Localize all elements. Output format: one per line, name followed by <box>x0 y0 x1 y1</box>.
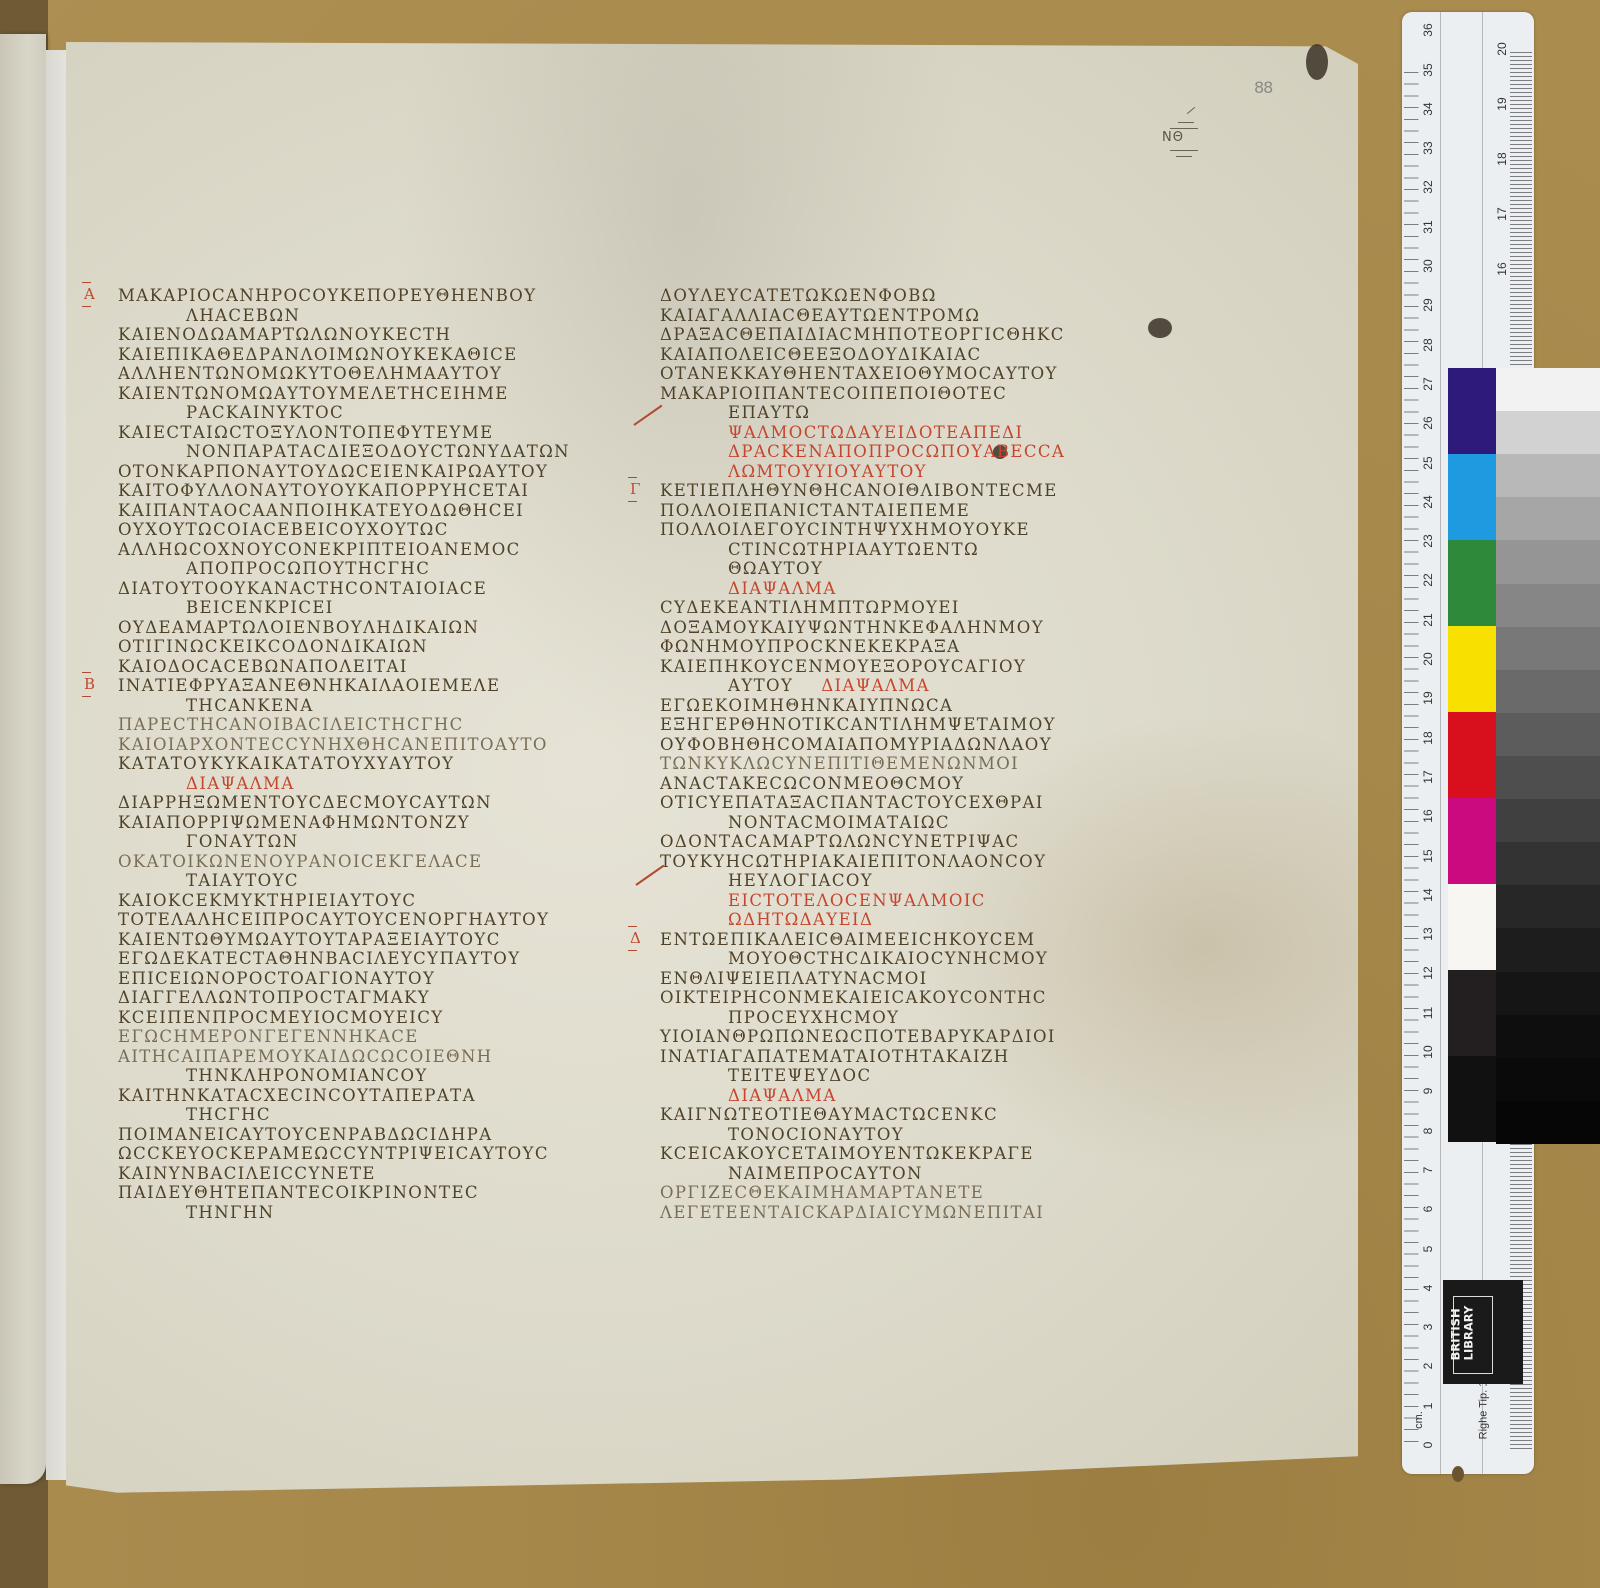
line-text: ΜΟΥΟΘϹΤΗϹΔΙΚΑΙΟϹΥΝΗϹΜΟΥ <box>728 949 1048 968</box>
ruler-cm-number: 27 <box>1421 374 1435 394</box>
line-text: ΔΙΑΡΡΗΞΩΜΕΝΤΟΥϹΔΕϹΜΟΥϹΑΥΤΩΝ <box>118 793 492 812</box>
line-text: ΔΡΑϹΚΕΝΑΠΟΠΡΟϹΩΠΟΥΑΒΕϹϹΑ <box>728 442 1065 461</box>
text-line: ΔΟΞΑΜΟΥΚΑΙΥΨΩΝΤΗΝΚΕΦΑΛΗΝΜΟΥ <box>660 618 1130 638</box>
grayscale-calibration-target <box>1496 368 1600 1144</box>
marginal-dash <box>82 672 91 673</box>
ruler-cm-number: 23 <box>1421 531 1435 551</box>
rubric-line: ΨΑΛΜΟϹΤΩΔΑΥΕΙΔΟΤΕΑΠΕΔΙ <box>660 423 1130 443</box>
text-line: ΡΑϹΚΑΙΝΥΚΤΟϹ <box>118 403 588 423</box>
text-line: ΕΠΑΥΤΩ <box>660 403 1130 423</box>
text-line: ΑΛΛΗΕΝΤΩΝΟΜΩΚΥΤΟΘΕΛΗΜΑΑΥΤΟΥ <box>118 364 588 384</box>
line-text: ΚΑΙΟΙΑΡΧΟΝΤΕϹϹΥΝΗΧΘΗϹΑΝΕΠΙΤΟΑΥΤΟ <box>118 735 548 754</box>
line-text: ΩΔΗΤΩΔΑΥΕΙΔ <box>728 910 873 929</box>
text-line: ΤΟΤΕΛΑΛΗϹΕΙΠΡΟϹΑΥΤΟΥϹΕΝΟΡΓΗΑΥΤΟΥ <box>118 910 588 930</box>
text-line: ΩϹϹΚΕΥΟϹΚΕΡΑΜΕΩϹϹΥΝΤΡΙΨΕΙϹΑΥΤΟΥϹ <box>118 1144 588 1164</box>
line-text: ΤΑΙΑΥΤΟΥϹ <box>186 871 299 890</box>
line-text: ΑΛΛΗΩϹΟΧΝΟΥϹΟΝΕΚΡΙΠΤΕΙΟΑΝΕΜΟϹ <box>118 540 521 559</box>
folio-number: 88 <box>1254 78 1272 97</box>
color-patch-magenta <box>1448 798 1498 884</box>
text-line: ΟΤΙΓΙΝΩϹΚΕΙΚϹΟΔΟΝΔΙΚΑΙΩΝ <box>118 637 588 657</box>
rubric-line: ΛΩΜΤΟΥΥΙΟΥΑΥΤΟΥ <box>660 462 1130 482</box>
line-text: ΚΑΙΑΠΟΡΡΙΨΩΜΕΝΑΦΗΜΩΝΤΟΝΖΥ <box>118 813 470 832</box>
line-text: ΛΩΜΤΟΥΥΙΟΥΑΥΤΟΥ <box>728 462 927 481</box>
line-text: ΚΑΙΠΑΝΤΑΟϹΑΑΝΠΟΙΗΚΑΤΕΥΟΔΩΘΗϹΕΙ <box>118 501 524 520</box>
line-text: ΕΙϹΤΟΤΕΛΟϹΕΝΨΑΛΜΟΙϹ <box>728 891 986 910</box>
gray-step <box>1496 842 1600 885</box>
text-line: ΜΑΚΑΡΙΟϹΑΝΗΡΟϹΟΥΚΕΠΟΡΕΥΘΗΕΝΒΟΥ <box>118 286 588 306</box>
rubric-inline: ΔΙΑΨΑΛΜΑ <box>821 676 930 695</box>
text-line: ΑΝΑϹΤΑΚΕϹΩϹΟΝΜΕΟΘϹΜΟΥ <box>660 774 1130 794</box>
line-text: ΠΟΛΛΟΙΛΕΓΟΥϹΙΝΤΗΨΥΧΗΜΟΥΟΥΚΕ <box>660 520 1030 539</box>
ruler-cm-number: 21 <box>1421 610 1435 630</box>
line-text: ΔΡΑΞΑϹΘΕΠΑΙΔΙΑϹΜΗΠΟΤΕΟΡΓΙϹΘΗΚϹ <box>660 325 1065 344</box>
ruler-cm-number: 19 <box>1421 688 1435 708</box>
line-text: ΝΟΝΠΑΡΑΤΑϹΔΙΕΞΟΔΟΥϹΤΩΝΥΔΑΤΩΝ <box>186 442 570 461</box>
line-text: ΑΥΤΟΥ <box>728 676 793 695</box>
text-line: ΔΡΑΞΑϹΘΕΠΑΙΔΙΑϹΜΗΠΟΤΕΟΡΓΙϹΘΗΚϹ <box>660 325 1130 345</box>
line-text: ΕΓΩΕΚΟΙΜΗΘΗΝΚΑΙΥΠΝΩϹΑ <box>660 696 953 715</box>
line-text: ΚΑΙΟΔΟϹΑϹΕΒΩΝΑΠΟΛΕΙΤΑΙ <box>118 657 408 676</box>
line-text: ΑΛΛΗΕΝΤΩΝΟΜΩΚΥΤΟΘΕΛΗΜΑΑΥΤΟΥ <box>118 364 502 383</box>
text-line: ΚΑΙΕΝΤΩΝΟΜΩΑΥΤΟΥΜΕΛΕΤΗϹΕΙΗΜΕ <box>118 384 588 404</box>
text-line: ΚΑΙΓΝΩΤΕΟΤΙΕΘΑΥΜΑϹΤΩϹΕΝΚϹ <box>660 1105 1130 1125</box>
ruler-inch-number: 16 <box>1495 259 1509 279</box>
text-line: ΠΟΛΛΟΙΛΕΓΟΥϹΙΝΤΗΨΥΧΗΜΟΥΟΥΚΕ <box>660 520 1130 540</box>
text-line: ΦΩΝΗΜΟΥΠΡΟϹΚΝΕΚΕΚΡΑΞΑ <box>660 637 1130 657</box>
line-text: ΟΥΔΕΑΜΑΡΤΩΛΟΙΕΝΒΟΥΛΗΔΙΚΑΙΩΝ <box>118 618 479 637</box>
gray-step <box>1496 670 1600 713</box>
line-text: ΛΕΓΕΤΕΕΝΤΑΙϹΚΑΡΔΙΑΙϹΥΜΩΝΕΠΙΤΑΙ <box>660 1203 1044 1222</box>
line-text: ΜΑΚΑΡΙΟΙΠΑΝΤΕϹΟΙΠΕΠΟΙΘΟΤΕϹ <box>660 384 1007 403</box>
text-line: ΚΑΙΕϹΤΑΙΩϹΤΟΞΥΛΟΝΤΟΠΕΦΥΤΕΥΜΕ <box>118 423 588 443</box>
ink-stain <box>1148 318 1172 338</box>
line-text: ΚΑΙΕΝΤΩΝΟΜΩΑΥΤΟΥΜΕΛΕΤΗϹΕΙΗΜΕ <box>118 384 509 403</box>
marginal-dash <box>82 306 91 307</box>
line-text: ΤΗΝΓΗΝ <box>186 1203 275 1222</box>
line-text: ΚϹΕΙϹΑΚΟΥϹΕΤΑΙΜΟΥΕΝΤΩΚΕΚΡΑΓΕ <box>660 1144 1034 1163</box>
ruler-cm-number: 12 <box>1421 963 1435 983</box>
ruler-inch-number: 17 <box>1495 204 1509 224</box>
gray-step <box>1496 368 1600 411</box>
text-line: ΑΠΟΠΡΟϹΩΠΟΥΤΗϹΓΗϹ <box>118 559 588 579</box>
rubric-line: ΩΔΗΤΩΔΑΥΕΙΔ <box>660 910 1130 930</box>
line-text: ΤΟΝΟϹΙΟΝΑΥΤΟΥ <box>728 1125 904 1144</box>
marginal-dash <box>82 696 91 697</box>
line-text: ΔΙΑΨΑΛΜΑ <box>728 579 837 598</box>
line-text: ΝΑΙΜΕΠΡΟϹΑΥΤΟΝ <box>728 1164 923 1183</box>
text-line: ΚΑΙΕΠΗΚΟΥϹΕΝΜΟΥΕΞΟΡΟΥϹΑΓΙΟΥ <box>660 657 1130 677</box>
ruler-cm-number: 15 <box>1421 846 1435 866</box>
line-text: ΔΙΑΨΑΛΜΑ <box>186 774 295 793</box>
line-text: ΚΑΙΝΥΝΒΑϹΙΛΕΙϹϹΥΝΕΤΕ <box>118 1164 376 1183</box>
line-text: ΚΑΤΑΤΟΥΚΥΚΑΙΚΑΤΑΤΟΥΧΥΑΥΤΟΥ <box>118 754 454 773</box>
gray-step <box>1496 713 1600 756</box>
text-line: ΠΑΡΕϹΤΗϹΑΝΟΙΒΑϹΙΛΕΙϹΤΗϹΓΗϹ <box>118 715 588 735</box>
text-line: ΕΓΩϹΗΜΕΡΟΝΓΕΓΕΝΝΗΚΑϹΕ <box>118 1027 588 1047</box>
line-text: ΚΑΙΑΠΟΛΕΙϹΘΕΕΞΟΔΟΥΔΙΚΑΙΑϹ <box>660 345 982 364</box>
text-line: ΚΑΙΝΥΝΒΑϹΙΛΕΙϹϹΥΝΕΤΕ <box>118 1164 588 1184</box>
text-line: ΗΕΥΛΟΓΙΑϹΟΥ <box>660 871 1130 891</box>
ruler-cm-number: 7 <box>1421 1160 1435 1180</box>
previous-leaf-edge <box>0 34 46 1484</box>
text-line: ΤΟΥΚΥΗϹΩΤΗΡΙΑΚΑΙΕΠΙΤΟΝΛΑΟΝϹΟΥ <box>660 852 1130 872</box>
marginal-dash <box>82 282 91 283</box>
line-text: ΦΩΝΗΜΟΥΠΡΟϹΚΝΕΚΕΚΡΑΞΑ <box>660 637 960 656</box>
gray-step <box>1496 540 1600 583</box>
marginal-dash <box>628 501 637 502</box>
color-patch-yellow <box>1448 626 1498 712</box>
text-line: ΠΑΙΔΕΥΘΗΤΕΠΑΝΤΕϹΟΙΚΡΙΝΟΝΤΕϹ <box>118 1183 588 1203</box>
line-text: ΚΑΙΑΓΑΛΛΙΑϹΘΕΑΥΤΩΕΝΤΡΟΜΩ <box>660 306 980 325</box>
rubric-line: ΔΡΑϹΚΕΝΑΠΟΠΡΟϹΩΠΟΥΑΒΕϹϹΑ <box>660 442 1130 462</box>
gray-step <box>1496 1015 1600 1058</box>
text-line: ΚΑΙΕΝΟΔΩΑΜΑΡΤΩΛΩΝΟΥΚΕϹΤΗ <box>118 325 588 345</box>
text-line: ΒΕΙϹΕΝΚΡΙϹΕΙ <box>118 598 588 618</box>
text-line: ΝΟΝΤΑϹΜΟΙΜΑΤΑΙΩϹ <box>660 813 1130 833</box>
line-text: ΠΑΙΔΕΥΘΗΤΕΠΑΝΤΕϹΟΙΚΡΙΝΟΝΤΕϹ <box>118 1183 479 1202</box>
text-column-right: ΔΟΥΛΕΥϹΑΤΕΤΩΚΩΕΝΦΟΒΩΚΑΙΑΓΑΛΛΙΑϹΘΕΑΥΤΩΕΝΤ… <box>660 286 1130 1222</box>
ruler-unit-label: cm. <box>1413 1411 1425 1429</box>
text-line: ΟΥΦΟΒΗΘΗϹΟΜΑΙΑΠΟΜΥΡΙΑΔΩΝΛΑΟΥ <box>660 735 1130 755</box>
line-text: ΚΑΙΤΗΝΚΑΤΑϹΧΕϹΙΝϹΟΥΤΑΠΕΡΑΤΑ <box>118 1086 476 1105</box>
line-text: ΤΗϹΓΗϹ <box>186 1105 271 1124</box>
ruler-cm-number: 0 <box>1421 1435 1435 1455</box>
text-line: ΙΝΑΤΙΑΓΑΠΑΤΕΜΑΤΑΙΟΤΗΤΑΚΑΙΖΗ <box>660 1047 1130 1067</box>
text-line: ΔΟΥΛΕΥϹΑΤΕΤΩΚΩΕΝΦΟΒΩ <box>660 286 1130 306</box>
ink-stain <box>1306 44 1328 80</box>
text-line: ΚΑΙΤΗΝΚΑΤΑϹΧΕϹΙΝϹΟΥΤΑΠΕΡΑΤΑ <box>118 1086 588 1106</box>
line-text: ΙΝΑΤΙΕΦΡΥΑΞΑΝΕΘΝΗΚΑΙΛΑΟΙΕΜΕΛΕ <box>118 676 500 695</box>
line-text: ΑΝΑϹΤΑΚΕϹΩϹΟΝΜΕΟΘϹΜΟΥ <box>660 774 964 793</box>
text-line: ΥΙΟΙΑΝΘΡΩΠΩΝΕΩϹΠΟΤΕΒΑΡΥΚΑΡΔΙΟΙ <box>660 1027 1130 1047</box>
line-text: ΟΤΟΝΚΑΡΠΟΝΑΥΤΟΥΔΩϹΕΙΕΝΚΑΙΡΩΑΥΤΟΥ <box>118 462 548 481</box>
line-text: ΕΓΩΔΕΚΑΤΕϹΤΑΘΗΝΒΑϹΙΛΕΥϹΥΠΑΥΤΟΥ <box>118 949 521 968</box>
text-line: ΚΑΙΑΓΑΛΛΙΑϹΘΕΑΥΤΩΕΝΤΡΟΜΩ <box>660 306 1130 326</box>
line-text: ΟΡΓΙΖΕϹΘΕΚΑΙΜΗΑΜΑΡΤΑΝΕΤΕ <box>660 1183 984 1202</box>
ruler-cm-number: 30 <box>1421 256 1435 276</box>
rubric-line: ΔΙΑΨΑΛΜΑ <box>118 774 588 794</box>
ruler-cm-number: 3 <box>1421 1317 1435 1337</box>
ruler-cm-number: 33 <box>1421 138 1435 158</box>
line-text: ΟΚΑΤΟΙΚΩΝΕΝΟΥΡΑΝΟΙϹΕΚΓΕΛΑϹΕ <box>118 852 482 871</box>
text-line: ΟΤΑΝΕΚΚΑΥΘΗΕΝΤΑΧΕΙΟΘΥΜΟϹΑΥΤΟΥ <box>660 364 1130 384</box>
line-text: ΩϹϹΚΕΥΟϹΚΕΡΑΜΕΩϹϹΥΝΤΡΙΨΕΙϹΑΥΤΟΥϹ <box>118 1144 549 1163</box>
line-text: ΤΕΙΤΕΨΕΥΔΟϹ <box>728 1066 872 1085</box>
text-line: ΠΡΟϹΕΥΧΗϹΜΟΥ <box>660 1008 1130 1028</box>
text-line: ΔΙΑΤΟΥΤΟΟΥΚΑΝΑϹΤΗϹΟΝΤΑΙΟΙΑϹΕ <box>118 579 588 599</box>
rubric-line: ΔΙΑΨΑΛΜΑ <box>660 579 1130 599</box>
color-patch-cyan <box>1448 454 1498 540</box>
line-text: ΓΟΝΑΥΤΩΝ <box>186 832 299 851</box>
color-patch-black-1 <box>1448 970 1498 1056</box>
line-text: ΚΑΙΕΝΟΔΩΑΜΑΡΤΩΛΩΝΟΥΚΕϹΤΗ <box>118 325 451 344</box>
ruler-inch-number: 18 <box>1495 149 1509 169</box>
text-line: ΚΑΤΑΤΟΥΚΥΚΑΙΚΑΤΑΤΟΥΧΥΑΥΤΟΥ <box>118 754 588 774</box>
line-text: ΤΟΥΚΥΗϹΩΤΗΡΙΑΚΑΙΕΠΙΤΟΝΛΑΟΝϹΟΥ <box>660 852 1046 871</box>
line-text: ΗΕΥΛΟΓΙΑϹΟΥ <box>728 871 873 890</box>
ruler-cm-number: 29 <box>1421 295 1435 315</box>
ruler-cm-number: 8 <box>1421 1121 1435 1141</box>
text-line: ΤΕΙΤΕΨΕΥΔΟϹ <box>660 1066 1130 1086</box>
text-line: ΚΑΙΕΝΤΩΘΥΜΩΑΥΤΟΥΤΑΡΑΞΕΙΑΥΤΟΥϹ <box>118 930 588 950</box>
line-text: ΚϹΕΙΠΕΝΠΡΟϹΜΕΥΙΟϹΜΟΥΕΙϹΥ <box>118 1008 444 1027</box>
color-patch-green <box>1448 540 1498 626</box>
line-text: ΚΑΙΕϹΤΑΙΩϹΤΟΞΥΛΟΝΤΟΠΕΦΥΤΕΥΜΕ <box>118 423 494 442</box>
gray-step <box>1496 972 1600 1015</box>
text-line: ΓΟΝΑΥΤΩΝ <box>118 832 588 852</box>
text-line: ΤΗΝΓΗΝ <box>118 1203 588 1223</box>
ruler-hole <box>1452 1466 1464 1482</box>
line-text: ΚΕΤΙΕΠΛΗΘΥΝΘΗϹΑΝΟΙΘΛΙΒΟΝΤΕϹΜΕ <box>660 481 1058 500</box>
line-text: ΤΗΝΚΛΗΡΟΝΟΜΙΑΝϹΟΥ <box>186 1066 428 1085</box>
line-text: ΕΝΘΛΙΨΕΙΕΠΛΑΤΥΝΑϹΜΟΙ <box>660 969 928 988</box>
line-text: ΟΥΦΟΒΗΘΗϹΟΜΑΙΑΠΟΜΥΡΙΑΔΩΝΛΑΟΥ <box>660 735 1052 754</box>
text-line: ΑΙΤΗϹΑΙΠΑΡΕΜΟΥΚΑΙΔΩϹΩϹΟΙΕΘΝΗ <box>118 1047 588 1067</box>
ruler-cm-number: 10 <box>1421 1042 1435 1062</box>
british-library-logo: BRITISH LIBRARY <box>1443 1280 1523 1384</box>
text-line: ΔΙΑΡΡΗΞΩΜΕΝΤΟΥϹΔΕϹΜΟΥϹΑΥΤΩΝ <box>118 793 588 813</box>
line-text: ΙΝΑΤΙΑΓΑΠΑΤΕΜΑΤΑΙΟΤΗΤΑΚΑΙΖΗ <box>660 1047 1010 1066</box>
line-text: ΤΟΤΕΛΑΛΗϹΕΙΠΡΟϹΑΥΤΟΥϹΕΝΟΡΓΗΑΥΤΟΥ <box>118 910 549 929</box>
text-line: ΝΑΙΜΕΠΡΟϹΑΥΤΟΝ <box>660 1164 1130 1184</box>
ruler-cm-number: 20 <box>1421 649 1435 669</box>
ruler-cm-number: 2 <box>1421 1356 1435 1376</box>
quire-signature-text: ΝΘ <box>1162 130 1184 145</box>
color-patch-white <box>1448 884 1498 970</box>
text-line: ΟΚΑΤΟΙΚΩΝΕΝΟΥΡΑΝΟΙϹΕΚΓΕΛΑϹΕ <box>118 852 588 872</box>
text-line: ΟΥΔΕΑΜΑΡΤΩΛΟΙΕΝΒΟΥΛΗΔΙΚΑΙΩΝ <box>118 618 588 638</box>
gray-step <box>1496 1101 1600 1144</box>
text-line: ΛΕΓΕΤΕΕΝΤΑΙϹΚΑΡΔΙΑΙϹΥΜΩΝΕΠΙΤΑΙ <box>660 1203 1130 1223</box>
ruler-brand-label: Righe Tip. 1 <box>1477 1381 1489 1440</box>
text-line: ϹΤΙΝϹΩΤΗΡΙΑΑΥΤΩΕΝΤΩ <box>660 540 1130 560</box>
line-text: ΡΑϹΚΑΙΝΥΚΤΟϹ <box>186 403 344 422</box>
ruler-inch-number: 19 <box>1495 94 1509 114</box>
text-line: ΤΗϹΑΝΚΕΝΑ <box>118 696 588 716</box>
text-line: ΤΗϹΓΗϹ <box>118 1105 588 1125</box>
text-line: ΤΟΝΟϹΙΟΝΑΥΤΟΥ <box>660 1125 1130 1145</box>
ruler-cm-number: 4 <box>1421 1278 1435 1298</box>
text-line: ϹΥΔΕΚΕΑΝΤΙΛΗΜΠΤΩΡΜΟΥΕΙ <box>660 598 1130 618</box>
line-text: ΥΙΟΙΑΝΘΡΩΠΩΝΕΩϹΠΟΤΕΒΑΡΥΚΑΡΔΙΟΙ <box>660 1027 1056 1046</box>
marginal-dash <box>628 477 637 478</box>
line-text: ΠΟΙΜΑΝΕΙϹΑΥΤΟΥϹΕΝΡΑΒΔΩϹΙΔΗΡΑ <box>118 1125 493 1144</box>
rubric-line: ΔΙΑΨΑΛΜΑ <box>660 1086 1130 1106</box>
text-line: ΟΙΚΤΕΙΡΗϹΟΝΜΕΚΑΙΕΙϹΑΚΟΥϹΟΝΤΗϹ <box>660 988 1130 1008</box>
text-line: ΕΓΩΕΚΟΙΜΗΘΗΝΚΑΙΥΠΝΩϹΑ <box>660 696 1130 716</box>
text-line: ΚΑΙΟΙΑΡΧΟΝΤΕϹϹΥΝΗΧΘΗϹΑΝΕΠΙΤΟΑΥΤΟ <box>118 735 588 755</box>
ruler-cm-number: 6 <box>1421 1199 1435 1219</box>
text-line: ΚΕΤΙΕΠΛΗΘΥΝΘΗϹΑΝΟΙΘΛΙΒΟΝΤΕϹΜΕ <box>660 481 1130 501</box>
gray-step <box>1496 1058 1600 1101</box>
text-line: ΠΟΛΛΟΙΕΠΑΝΙϹΤΑΝΤΑΙΕΠΕΜΕ <box>660 501 1130 521</box>
line-text: ΤΩΝΚΥΚΛΩϹΥΝΕΠΙΤΙΘΕΜΕΝΩΝΜΟΙ <box>660 754 1019 773</box>
logo-text: BRITISH LIBRARY <box>1449 1306 1475 1361</box>
line-text: ΚΑΙΕΠΗΚΟΥϹΕΝΜΟΥΕΞΟΡΟΥϹΑΓΙΟΥ <box>660 657 1026 676</box>
text-line: ΚΑΙΠΑΝΤΑΟϹΑΑΝΠΟΙΗΚΑΤΕΥΟΔΩΘΗϹΕΙ <box>118 501 588 521</box>
line-text: ΟΤΙΓΙΝΩϹΚΕΙΚϹΟΔΟΝΔΙΚΑΙΩΝ <box>118 637 428 656</box>
text-line: ΑΛΛΗΩϹΟΧΝΟΥϹΟΝΕΚΡΙΠΤΕΙΟΑΝΕΜΟϹ <box>118 540 588 560</box>
ruler-cm-number: 18 <box>1421 728 1435 748</box>
line-text: ΟΤΙϹΥΕΠΑΤΑΞΑϹΠΑΝΤΑϹΤΟΥϹΕΧΘΡΑΙ <box>660 793 1044 812</box>
line-text: ΠΡΟϹΕΥΧΗϹΜΟΥ <box>728 1008 899 1027</box>
section-numeral: Β <box>84 675 95 693</box>
gray-step <box>1496 885 1600 928</box>
line-text: ΘΩΑΥΤΟΥ <box>728 559 823 578</box>
line-text: ΜΑΚΑΡΙΟϹΑΝΗΡΟϹΟΥΚΕΠΟΡΕΥΘΗΕΝΒΟΥ <box>118 286 537 305</box>
gray-step <box>1496 928 1600 971</box>
text-line: ΘΩΑΥΤΟΥ <box>660 559 1130 579</box>
gray-step <box>1496 756 1600 799</box>
text-line: ΚΑΙΕΠΙΚΑΘΕΔΡΑΝΛΟΙΜΩΝΟΥΚΕΚΑΘΙϹΕ <box>118 345 588 365</box>
text-line: ΚΑΙΑΠΟΛΕΙϹΘΕΕΞΟΔΟΥΔΙΚΑΙΑϹ <box>660 345 1130 365</box>
line-text: ΠΟΛΛΟΙΕΠΑΝΙϹΤΑΝΤΑΙΕΠΕΜΕ <box>660 501 970 520</box>
ruler-cm-number: 34 <box>1421 99 1435 119</box>
text-line: ΕΠΙϹΕΙΩΝΟΡΟϹΤΟΑΓΙΟΝΑΥΤΟΥ <box>118 969 588 989</box>
gray-step <box>1496 454 1600 497</box>
line-text: ΔΙΑΨΑΛΜΑ <box>728 1086 837 1105</box>
line-text: ΟΤΑΝΕΚΚΑΥΘΗΕΝΤΑΧΕΙΟΘΥΜΟϹΑΥΤΟΥ <box>660 364 1058 383</box>
line-text: ϹΥΔΕΚΕΑΝΤΙΛΗΜΠΤΩΡΜΟΥΕΙ <box>660 598 960 617</box>
text-line: ΚΑΙΟΚϹΕΚΜΥΚΤΗΡΙΕΙΑΥΤΟΥϹ <box>118 891 588 911</box>
line-text: ΚΑΙΟΚϹΕΚΜΥΚΤΗΡΙΕΙΑΥΤΟΥϹ <box>118 891 416 910</box>
text-line: ΕΓΩΔΕΚΑΤΕϹΤΑΘΗΝΒΑϹΙΛΕΥϹΥΠΑΥΤΟΥ <box>118 949 588 969</box>
ruler-cm-number: 14 <box>1421 885 1435 905</box>
text-line: ΕΝΤΩΕΠΙΚΑΛΕΙϹΘΑΙΜΕΕΙϹΗΚΟΥϹΕΜ <box>660 930 1130 950</box>
text-line: ΤΗΝΚΛΗΡΟΝΟΜΙΑΝϹΟΥ <box>118 1066 588 1086</box>
line-text: ΚΑΙΓΝΩΤΕΟΤΙΕΘΑΥΜΑϹΤΩϹΕΝΚϹ <box>660 1105 998 1124</box>
line-text: ΕΓΩϹΗΜΕΡΟΝΓΕΓΕΝΝΗΚΑϹΕ <box>118 1027 419 1046</box>
line-text: ΔΟΥΛΕΥϹΑΤΕΤΩΚΩΕΝΦΟΒΩ <box>660 286 937 305</box>
text-line: ΟΔΟΝΤΑϹΑΜΑΡΤΩΛΩΝϹΥΝΕΤΡΙΨΑϹ <box>660 832 1130 852</box>
rubric-line: ΕΙϹΤΟΤΕΛΟϹΕΝΨΑΛΜΟΙϹ <box>660 891 1130 911</box>
line-text: ΟΙΚΤΕΙΡΗϹΟΝΜΕΚΑΙΕΙϹΑΚΟΥϹΟΝΤΗϹ <box>660 988 1047 1007</box>
text-column-left: ΜΑΚΑΡΙΟϹΑΝΗΡΟϹΟΥΚΕΠΟΡΕΥΘΗΕΝΒΟΥΛΗΑϹΕΒΩΝΚΑ… <box>118 286 588 1222</box>
line-text: ΔΙΑΤΟΥΤΟΟΥΚΑΝΑϹΤΗϹΟΝΤΑΙΟΙΑϹΕ <box>118 579 487 598</box>
text-line: ΜΟΥΟΘϹΤΗϹΔΙΚΑΙΟϹΥΝΗϹΜΟΥ <box>660 949 1130 969</box>
line-text: ΒΕΙϹΕΝΚΡΙϹΕΙ <box>186 598 334 617</box>
text-line: ΕΞΗΓΕΡΘΗΝΟΤΙΚϹΑΝΤΙΛΗΜΨΕΤΑΙΜΟΥ <box>660 715 1130 735</box>
gutter <box>46 50 68 1480</box>
text-line: ΚΑΙΟΔΟϹΑϹΕΒΩΝΑΠΟΛΕΙΤΑΙ <box>118 657 588 677</box>
section-numeral: Γ <box>630 480 640 498</box>
marginal-dash <box>628 950 637 951</box>
gray-step <box>1496 497 1600 540</box>
text-line: ΜΑΚΑΡΙΟΙΠΑΝΤΕϹΟΙΠΕΠΟΙΘΟΤΕϹ <box>660 384 1130 404</box>
line-text: ΟΔΟΝΤΑϹΑΜΑΡΤΩΛΩΝϹΥΝΕΤΡΙΨΑϹ <box>660 832 1020 851</box>
color-patch-black-2 <box>1448 1056 1498 1142</box>
ruler-cm-number: 24 <box>1421 492 1435 512</box>
ruler-cm-number: 16 <box>1421 806 1435 826</box>
text-line: ΚΑΙΤΟΦΥΛΛΟΝΑΥΤΟΥΟΥΚΑΠΟΡΡΥΗϹΕΤΑΙ <box>118 481 588 501</box>
line-text: ΚΑΙΤΟΦΥΛΛΟΝΑΥΤΟΥΟΥΚΑΠΟΡΡΥΗϹΕΤΑΙ <box>118 481 529 500</box>
text-line: ΤΑΙΑΥΤΟΥϹ <box>118 871 588 891</box>
line-text: ΔΟΞΑΜΟΥΚΑΙΥΨΩΝΤΗΝΚΕΦΑΛΗΝΜΟΥ <box>660 618 1044 637</box>
text-line: ΟΤΟΝΚΑΡΠΟΝΑΥΤΟΥΔΩϹΕΙΕΝΚΑΙΡΩΑΥΤΟΥ <box>118 462 588 482</box>
ruler-cm-number: 17 <box>1421 767 1435 787</box>
ruler-cm-number: 11 <box>1421 1003 1435 1023</box>
line-text: ϹΤΙΝϹΩΤΗΡΙΑΑΥΤΩΕΝΤΩ <box>728 540 979 559</box>
color-calibration-target <box>1448 368 1496 1142</box>
line-text: ΝΟΝΤΑϹΜΟΙΜΑΤΑΙΩϹ <box>728 813 950 832</box>
text-line: ΤΩΝΚΥΚΛΩϹΥΝΕΠΙΤΙΘΕΜΕΝΩΝΜΟΙ <box>660 754 1130 774</box>
quire-signature: ΝΘ <box>1156 108 1212 168</box>
color-patch-red <box>1448 712 1498 798</box>
text-line: ΚΑΙΑΠΟΡΡΙΨΩΜΕΝΑΦΗΜΩΝΤΟΝΖΥ <box>118 813 588 833</box>
text-line: ΟΥΧΟΥΤΩϹΟΙΑϹΕΒΕΙϹΟΥΧΟΥΤΩϹ <box>118 520 588 540</box>
line-text: ΤΗϹΑΝΚΕΝΑ <box>186 696 314 715</box>
line-text: ΕΞΗΓΕΡΘΗΝΟΤΙΚϹΑΝΤΙΛΗΜΨΕΤΑΙΜΟΥ <box>660 715 1056 734</box>
ruler-cm-number: 31 <box>1421 217 1435 237</box>
section-numeral: Α <box>84 285 95 303</box>
line-text: ΑΙΤΗϹΑΙΠΑΡΕΜΟΥΚΑΙΔΩϹΩϹΟΙΕΘΝΗ <box>118 1047 493 1066</box>
line-text: ΨΑΛΜΟϹΤΩΔΑΥΕΙΔΟΤΕΑΠΕΔΙ <box>728 423 1023 442</box>
gray-step <box>1496 627 1600 670</box>
line-text: ΠΑΡΕϹΤΗϹΑΝΟΙΒΑϹΙΛΕΙϹΤΗϹΓΗϹ <box>118 715 464 734</box>
line-text: ΕΝΤΩΕΠΙΚΑΛΕΙϹΘΑΙΜΕΕΙϹΗΚΟΥϹΕΜ <box>660 930 1035 949</box>
ruler-cm-number: 35 <box>1421 60 1435 80</box>
text-line: ΑΥΤΟΥΔΙΑΨΑΛΜΑ <box>660 676 1130 696</box>
ruler-cm-number: 28 <box>1421 335 1435 355</box>
ruler-inch-number: 20 <box>1495 39 1509 59</box>
line-text: ΚΑΙΕΠΙΚΑΘΕΔΡΑΝΛΟΙΜΩΝΟΥΚΕΚΑΘΙϹΕ <box>118 345 518 364</box>
line-text: ΟΥΧΟΥΤΩϹΟΙΑϹΕΒΕΙϹΟΥΧΟΥΤΩϹ <box>118 520 449 539</box>
line-text: ΚΑΙΕΝΤΩΘΥΜΩΑΥΤΟΥΤΑΡΑΞΕΙΑΥΤΟΥϹ <box>118 930 501 949</box>
ruler-cm-number: 9 <box>1421 1081 1435 1101</box>
ruler-cm-number: 32 <box>1421 177 1435 197</box>
text-line: ΛΗΑϹΕΒΩΝ <box>118 306 588 326</box>
line-text: ΕΠΑΥΤΩ <box>728 403 810 422</box>
text-line: ΚϹΕΙΠΕΝΠΡΟϹΜΕΥΙΟϹΜΟΥΕΙϹΥ <box>118 1008 588 1028</box>
ruler-cm-number: 13 <box>1421 924 1435 944</box>
ruler-cm-number: 26 <box>1421 413 1435 433</box>
line-text: ΔΙΑΓΓΕΛΛΩΝΤΟΠΡΟϹΤΑΓΜΑΚΥ <box>118 988 430 1007</box>
ruler-cm-number: 22 <box>1421 570 1435 590</box>
text-line: ΠΟΙΜΑΝΕΙϹΑΥΤΟΥϹΕΝΡΑΒΔΩϹΙΔΗΡΑ <box>118 1125 588 1145</box>
gray-step <box>1496 799 1600 842</box>
text-line: ΚϹΕΙϹΑΚΟΥϹΕΤΑΙΜΟΥΕΝΤΩΚΕΚΡΑΓΕ <box>660 1144 1130 1164</box>
marginal-dash <box>628 926 637 927</box>
color-patch-indigo <box>1448 368 1498 454</box>
ruler-cm-number: 36 <box>1421 20 1435 40</box>
ruler-cm-number: 5 <box>1421 1239 1435 1259</box>
section-numeral: Δ <box>630 929 641 947</box>
text-line: ΟΤΙϹΥΕΠΑΤΑΞΑϹΠΑΝΤΑϹΤΟΥϹΕΧΘΡΑΙ <box>660 793 1130 813</box>
line-text: ΕΠΙϹΕΙΩΝΟΡΟϹΤΟΑΓΙΟΝΑΥΤΟΥ <box>118 969 435 988</box>
line-text: ΑΠΟΠΡΟϹΩΠΟΥΤΗϹΓΗϹ <box>186 559 430 578</box>
gray-step <box>1496 584 1600 627</box>
text-line: ΝΟΝΠΑΡΑΤΑϹΔΙΕΞΟΔΟΥϹΤΩΝΥΔΑΤΩΝ <box>118 442 588 462</box>
ruler-cm-number: 25 <box>1421 453 1435 473</box>
text-line: ΕΝΘΛΙΨΕΙΕΠΛΑΤΥΝΑϹΜΟΙ <box>660 969 1130 989</box>
gray-step <box>1496 411 1600 454</box>
text-line: ΔΙΑΓΓΕΛΛΩΝΤΟΠΡΟϹΤΑΓΜΑΚΥ <box>118 988 588 1008</box>
text-line: ΟΡΓΙΖΕϹΘΕΚΑΙΜΗΑΜΑΡΤΑΝΕΤΕ <box>660 1183 1130 1203</box>
text-line: ΙΝΑΤΙΕΦΡΥΑΞΑΝΕΘΝΗΚΑΙΛΑΟΙΕΜΕΛΕ <box>118 676 588 696</box>
line-text: ΛΗΑϹΕΒΩΝ <box>186 306 300 325</box>
